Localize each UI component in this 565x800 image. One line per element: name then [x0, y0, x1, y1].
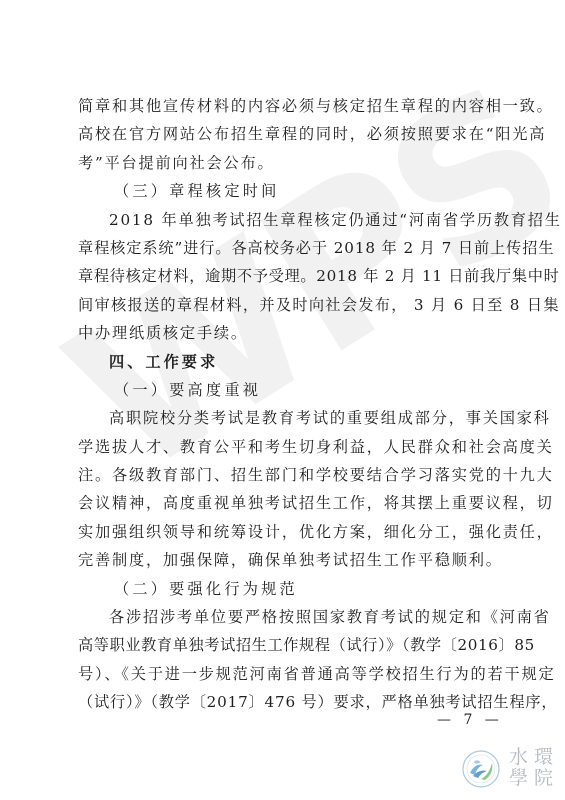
text-line: 各涉招涉考单位要严格按照国家教育考试的规定和《河南省 [78, 603, 490, 631]
text-line: 中办理纸质核定手续。 [78, 319, 490, 347]
text-line: 章程待核定材料，逾期不予受理。2018 年 2 月 11 日前我厅集中时 [78, 262, 490, 290]
document-body: 简章和其他宣传材料的内容必须与核定招生章程的内容相一致。 高校在官方网站公布招生… [78, 92, 490, 717]
school-logo-text: 水環學院 [509, 747, 565, 789]
school-emblem-icon [461, 749, 501, 789]
section-subheading: （二）要强化行为规范 [78, 575, 490, 603]
section-heading: 四、工作要求 [78, 348, 490, 376]
text-line: 2018 年单独考试招生章程核定仍通过“河南省学历教育招生 [78, 206, 490, 234]
page-number: — 7 — [437, 712, 503, 728]
text-line: 注。各级教育部门、招生部门和学校要结合学习落实党的十九大 [78, 461, 490, 489]
text-line: （试行）》（教学〔2017〕476 号）要求，严格单独考试招生程序， [78, 688, 490, 716]
text-line: 完善制度，加强保障，确保单独考试招生工作平稳顺利。 [78, 546, 490, 574]
text-line: 号）、《关于进一步规范河南省普通高等学校招生行为的若干规定 [78, 660, 490, 688]
text-line: 学选拔人才、教育公平和考生切身利益，人民群众和社会高度关 [78, 433, 490, 461]
school-logo: 水環學院 [455, 745, 565, 795]
text-line: 实加强组织领导和统筹设计，优化方案，细化分工，强化责任， [78, 518, 490, 546]
text-line: 简章和其他宣传材料的内容必须与核定招生章程的内容相一致。 [78, 92, 490, 120]
text-line: 高等职业教育单独考试招生工作规程（试行）》（教学〔2016〕85 [78, 631, 490, 659]
document-page: WPS 简章和其他宣传材料的内容必须与核定招生章程的内容相一致。 高校在官方网站… [0, 0, 565, 800]
text-line: 高校在官方网站公布招生章程的同时，必须按照要求在“阳光高 [78, 120, 490, 148]
text-line: 章程核定系统”进行。各高校务必于 2018 年 2 月 7 日前上传招生 [78, 234, 490, 262]
section-subheading: （三）章程核定时间 [78, 177, 490, 205]
text-line: 高职院校分类考试是教育考试的重要组成部分，事关国家科 [78, 404, 490, 432]
text-line: 间审核报送的章程材料，并及时向社会发布， 3 月 6 日至 8 日集 [78, 291, 490, 319]
section-subheading: （一）要高度重视 [78, 376, 490, 404]
text-line: 会议精神，高度重视单独考试招生工作，将其摆上重要议程，切 [78, 489, 490, 517]
text-line: 考”平台提前向社会公布。 [78, 149, 490, 177]
